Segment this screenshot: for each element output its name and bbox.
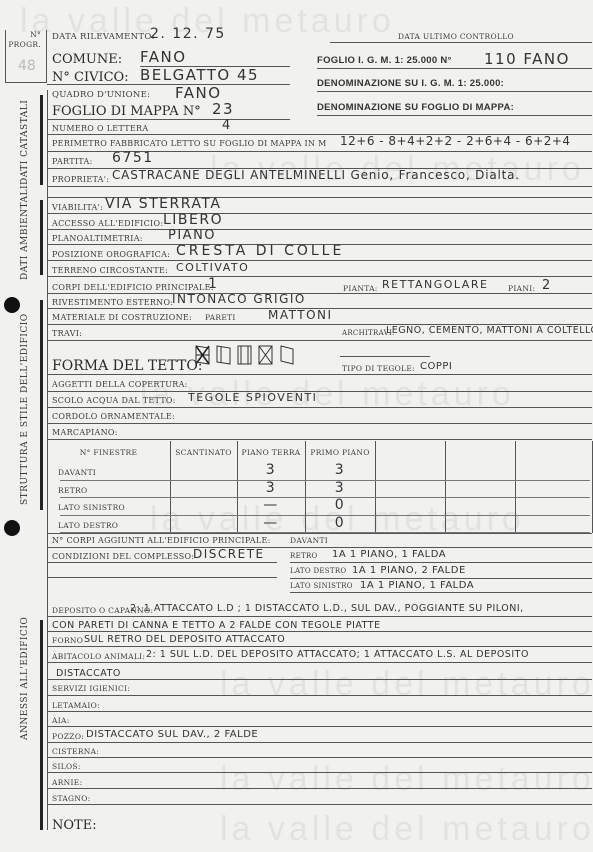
- pianta-value: RETTANGOLARE: [382, 278, 488, 291]
- pareti-label: PARETI: [205, 313, 236, 322]
- pozzo-value: DISTACCATO SUL DAV., 2 FALDE: [86, 729, 258, 740]
- denom-mappa-label: DENOMINAZIONE SU FOGLIO DI MAPPA:: [317, 102, 514, 113]
- windows-row-label: DAVANTI: [58, 468, 96, 477]
- corpi-aggiunti-label: N° CORPI AGGIUNTI ALL'EDIFICIO PRINCIPAL…: [52, 536, 271, 545]
- cisterna-label: CISTERNA:: [52, 747, 99, 756]
- condizioni-value: DISCRETE: [193, 547, 265, 561]
- comune-value: FANO: [140, 48, 187, 66]
- proprieta-value: CASTRACANE DEGLI ANTELMINELLI Genio, Fra…: [112, 168, 520, 182]
- windows-cell: 3: [237, 462, 305, 478]
- perimetro-label: PERIMETRO FABBRICATO LETTO SU FOGLIO DI …: [52, 139, 327, 148]
- windows-cell: 3: [305, 480, 375, 496]
- roof-hip-icon-selected[interactable]: [194, 344, 211, 366]
- arnie-label: ARNIE:: [52, 778, 82, 787]
- windows-column-header: N° FINESTRE: [50, 448, 167, 457]
- pozzo-label: POZZO:: [52, 732, 84, 741]
- plano-label: PLANOALTIMETRIA:: [52, 234, 143, 243]
- section-label-catastali: DATI CATASTALI: [20, 100, 30, 185]
- data-rilevamento-value: 2. 12. 75: [150, 26, 226, 42]
- note-label: NOTE:: [52, 818, 97, 833]
- scolo-label: SCOLO ACQUA DAL TETTO:: [52, 396, 176, 405]
- quadro-label: QUADRO D'UNIONE:: [52, 90, 150, 100]
- windows-row-label: LATO SINISTRO: [58, 503, 125, 512]
- condizioni-label: CONDIZIONI DEL COMPLESSO:: [52, 552, 194, 561]
- section-label-ambientali: DATI AMBIENTALI: [20, 185, 30, 280]
- scolo-value: TEGOLE SPIOVENTI: [188, 391, 317, 404]
- piani-label: PIANI:: [508, 284, 535, 293]
- stagno-label: STAGNO:: [52, 794, 90, 803]
- destro-value: 1A 1 PIANO, 2 FALDE: [352, 565, 466, 576]
- abitacolo-label: ABITACOLO ANIMALI:: [52, 652, 145, 661]
- materiale-label: MATERIALE DI COSTRUZIONE:: [52, 313, 192, 322]
- data-rilevamento-label: DATA RILEVAMENTO:: [52, 32, 155, 42]
- windows-cell: 0: [305, 515, 375, 531]
- piani-value: 2: [542, 278, 552, 293]
- davanti-label: DAVANTI: [290, 536, 328, 545]
- retro-value: 1A 1 PIANO, 1 FALDA: [332, 549, 446, 560]
- foglio-label: FOGLIO DI MAPPA N°: [52, 104, 201, 119]
- accesso-label: ACCESSO ALL'EDIFICIO:: [52, 219, 163, 228]
- plano-value: PIANO: [168, 228, 216, 243]
- terreno-label: TERRENO CIRCOSTANTE:: [52, 266, 168, 275]
- terreno-value: COLTIVATO: [176, 261, 249, 274]
- windows-cell: 3: [237, 480, 305, 496]
- tipo-tegole-label: TIPO DI TEGOLE:: [342, 364, 415, 373]
- roof-shape-options: [194, 344, 295, 366]
- igm-label: FOGLIO I. G. M. 1: 25.000 N°: [317, 55, 452, 66]
- partita-value: 6751: [112, 150, 154, 166]
- viabilita-value: VIA STERRATA: [105, 196, 221, 212]
- watermark: la valle del metauro: [220, 665, 593, 704]
- foglio-value: 23: [212, 100, 234, 118]
- windows-row-label: LATO DESTRO: [58, 521, 118, 530]
- posizione-label: POSIZIONE OROGRAFICA:: [52, 250, 170, 259]
- sinistro-value: 1A 1 PIANO, 1 FALDA: [360, 580, 474, 591]
- watermark: la valle del metauro: [220, 760, 593, 799]
- section-label-struttura: STRUTTURA E STILE DELL'EDIFICIO: [20, 313, 30, 505]
- windows-cell: —: [237, 497, 305, 513]
- destro-label: LATO DESTRO: [290, 567, 346, 575]
- forno-value: SUL RETRO DEL DEPOSITO ATTACCATO: [84, 634, 285, 645]
- windows-cell: 0: [305, 497, 375, 513]
- roof-double-gable-icon[interactable]: [236, 344, 253, 366]
- section-label-annessi: ANNESSI ALL'EDIFICIO: [20, 617, 30, 740]
- cordolo-label: CORDOLO ORNAMENTALE:: [52, 412, 175, 421]
- punch-hole: [4, 520, 20, 536]
- pareti-value: MATTONI: [268, 308, 333, 322]
- accesso-value: LIBERO: [163, 212, 223, 228]
- corpi-value: 1: [208, 276, 218, 292]
- rivestimento-label: RIVESTIMENTO ESTERNO:: [52, 298, 173, 307]
- deposito-value: 2: 1 ATTACCATO L.D ; 1 DISTACCATO L.D., …: [130, 603, 524, 614]
- igm-value: 110 FANO: [484, 50, 570, 68]
- progr-label: N° PROGR.: [8, 30, 41, 50]
- punch-hole: [4, 297, 20, 313]
- numero-value: 4: [222, 118, 232, 133]
- denom-igm-label: DENOMINAZIONE SU I. G. M. 1: 25.000:: [317, 78, 504, 89]
- architravi-value: LEGNO, CEMENTO, MATTONI A COLTELLO: [386, 325, 593, 336]
- perimetro-value: 12+6 - 8+4+2+2 - 2+6+4 - 6+2+4: [340, 134, 571, 148]
- windows-cell: 3: [305, 462, 375, 478]
- windows-column-header: PRIMO PIANO: [308, 448, 372, 457]
- deposito-value-continued: CON PARETI DI CANNA E TETTO A 2 FALDE CO…: [52, 620, 381, 631]
- travi-label: TRAVI:: [52, 329, 82, 338]
- posizione-value: CRESTA DI COLLE: [176, 243, 344, 259]
- forno-label: FORNO: [52, 636, 83, 645]
- viabilita-label: VIABILITA':: [52, 203, 103, 212]
- abitacolo-value-continued: DISTACCATO: [56, 668, 121, 679]
- roof-pavilion-icon[interactable]: [257, 344, 274, 366]
- watermark: la valle del metauro: [220, 810, 593, 849]
- windows-row-label: RETRO: [58, 486, 87, 495]
- partita-label: PARTITA:: [52, 157, 93, 166]
- data-ultimo-controllo-label: DATA ULTIMO CONTROLLO: [398, 32, 514, 41]
- progr-value: 48: [18, 58, 36, 74]
- retro-label: RETRO: [290, 552, 318, 560]
- proprieta-label: PROPRIETA':: [52, 175, 109, 184]
- sinistro-label: LATO SINISTRO: [290, 582, 353, 590]
- abitacolo-value: 2: 1 SUL L.D. DEL DEPOSITO ATTACCATO; 1 …: [146, 649, 529, 660]
- windows-column-header: SCANTINATO: [173, 448, 234, 457]
- comune-label: COMUNE:: [52, 52, 122, 67]
- corpi-label: CORPI DELL'EDIFICIO PRINCIPALE:: [52, 283, 214, 292]
- pianta-label: PIANTA:: [343, 284, 378, 293]
- tipo-tegole-value: COPPI: [420, 361, 452, 372]
- civico-label: N° CIVICO:: [52, 70, 129, 85]
- roof-shed-icon[interactable]: [278, 344, 295, 366]
- silos-label: SILOS:: [52, 762, 81, 771]
- aia-label: AIA:: [52, 716, 70, 725]
- civico-value: BELGATTO 45: [140, 66, 259, 84]
- aggetti-label: AGGETTI DELLA COPERTURA:: [52, 380, 188, 389]
- servizi-label: SERVIZI IGIENICI:: [52, 684, 130, 693]
- windows-cell: —: [237, 515, 305, 531]
- numero-label: NUMERO o LETTERA: [52, 124, 148, 133]
- letamaio-label: LETAMAIO:: [52, 701, 100, 710]
- forma-tetto-label: FORMA DEL TETTO:: [52, 358, 203, 374]
- roof-gable-icon[interactable]: [215, 344, 232, 366]
- marcapiano-label: MARCAPIANO:: [52, 428, 118, 437]
- rivestimento-value: INTONACO GRIGIO: [172, 292, 306, 306]
- windows-column-header: PIANO TERRA: [240, 448, 302, 457]
